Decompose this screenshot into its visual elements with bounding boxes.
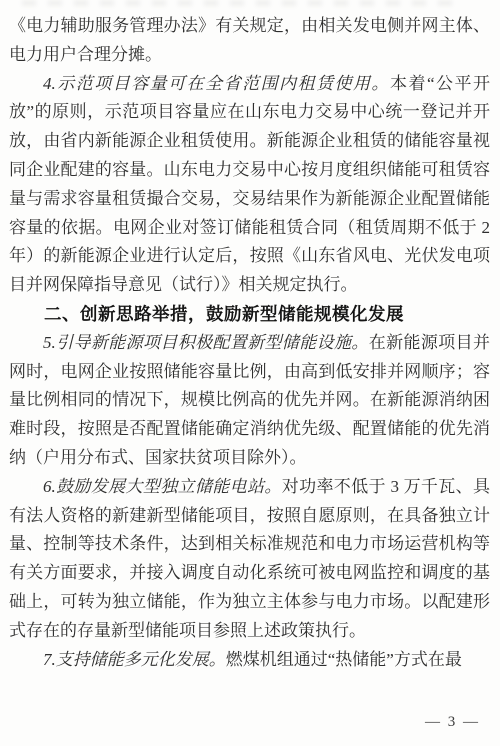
paragraph-item-6-text: 对功率不低于 3 万千瓦、具有法人资格的新建新型储能项目，按照自愿原则，在具备独… [9,477,490,640]
section-heading: 二、创新思路举措，鼓励新型储能规模化发展 [9,300,490,329]
scan-ghosting-artifact [22,0,452,6]
paragraph-item-5: 5.引导新能源项目积极配置新型储能设施。在新能源项目并网时，电网企业按照储能容量… [9,329,490,473]
paragraph-item-5-lead: 5.引导新能源项目积极配置新型储能设施。 [43,333,369,352]
paragraph-item-6: 6.鼓励发展大型独立储能电站。对功率不低于 3 万千瓦、具有法人资格的新建新型储… [9,473,490,646]
paragraph-item-5-text: 在新能源项目并网时，电网企业按照储能容量比例，由高到低安排并网顺序；容量比例相同… [9,333,490,467]
paragraph-item-7-text: 燃煤机组通过“热储能”方式在最 [226,650,462,669]
paragraph-continuation-text: 《电力辅助服务管理办法》有关规定，由相关发电侧并网主体、电力用户合理分摊。 [9,16,490,64]
paragraph-item-4-lead: 4.示范项目容量可在全省范围内租赁使用。 [43,74,390,93]
paragraph-item-7: 7.支持储能多元化发展。燃煤机组通过“热储能”方式在最 [9,646,490,675]
paragraph-item-6-lead: 6.鼓励发展大型独立储能电站。 [43,477,282,496]
document-page: 《电力辅助服务管理办法》有关规定，由相关发电侧并网主体、电力用户合理分摊。 4.… [0,0,500,746]
paragraph-continuation: 《电力辅助服务管理办法》有关规定，由相关发电侧并网主体、电力用户合理分摊。 [9,12,490,70]
paragraph-item-7-lead: 7.支持储能多元化发展。 [43,650,226,669]
page-number: — 3 — [425,708,480,737]
paragraph-item-4: 4.示范项目容量可在全省范围内租赁使用。本着“公平开放”的原则，示范项目容量应在… [9,70,490,300]
paragraph-item-4-text: 本着“公平开放”的原则，示范项目容量应在山东电力交易中心统一登记并开放，由省内新… [9,74,490,295]
